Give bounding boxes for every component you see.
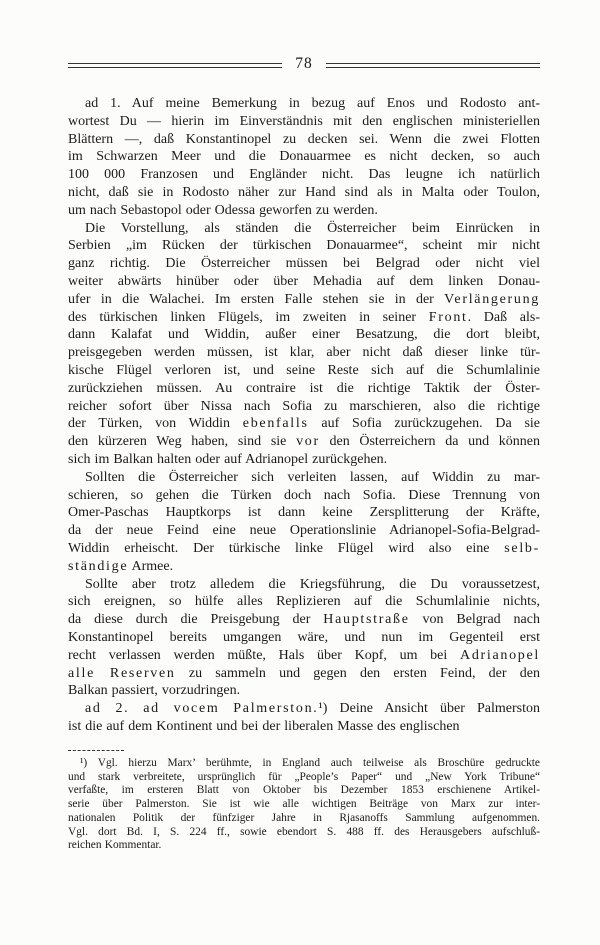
text-line: um nach Sebastopol oder Odessa geworfen … bbox=[68, 202, 540, 220]
text-line: weiter abwärts hinüber oder über Mehadia… bbox=[68, 273, 540, 291]
paragraph: ad 1. Auf meine Bemerkung in bezug auf E… bbox=[68, 95, 540, 220]
text-line: und stark verbreitete, ursprünglich für … bbox=[68, 771, 540, 785]
header-rule-left bbox=[68, 63, 282, 68]
text-line: Serbien „im Rücken der türkischen Donaua… bbox=[68, 237, 540, 255]
text-line: ufer in die Walachei. Im ersten Falle st… bbox=[68, 291, 540, 309]
paragraph: Sollte aber trotz alledem die Kriegsführ… bbox=[68, 576, 540, 701]
footnote-text: ¹) Vgl. hierzu Marx’ berühmte, in Englan… bbox=[68, 757, 540, 853]
text-line: ad 2. ad vocem Palmerston.¹) Deine Ansic… bbox=[68, 700, 540, 718]
text-line: ständige Armee. bbox=[68, 558, 540, 576]
page-number: 78 bbox=[282, 55, 326, 73]
text-line: 100 000 Franzosen und Engländer nicht. D… bbox=[68, 166, 540, 184]
text-line: des türkischen linken Flügels, im zweite… bbox=[68, 309, 540, 327]
text-line: verfaßte, im ersteren Blatt von Oktober … bbox=[68, 784, 540, 798]
text-line: sich ereignen, so hülfe alles Repliziere… bbox=[68, 593, 540, 611]
text-line: da der neue Feind eine neue Operationsli… bbox=[68, 522, 540, 540]
text-line: alle Reserven zu sammeln und gegen den e… bbox=[68, 665, 540, 683]
text-line: wortest Du — hierin im Einverständnis mi… bbox=[68, 113, 540, 131]
text-line: sich im Balkan halten oder auf Adrianope… bbox=[68, 451, 540, 469]
text-line: der Türken, von Widdin ebenfalls auf Sof… bbox=[68, 415, 540, 433]
book-page: 78 ad 1. Auf meine Bemerkung in bezug au… bbox=[0, 0, 600, 945]
text-line: recht verlassen werden müßte, Hals über … bbox=[68, 647, 540, 665]
text-line: Vgl. dort Bd. I, S. 224 ff., sowie ebend… bbox=[68, 826, 540, 840]
paragraph: ad 2. ad vocem Palmerston.¹) Deine Ansic… bbox=[68, 700, 540, 736]
text-line: im Schwarzen Meer und die Donauarmee es … bbox=[68, 148, 540, 166]
text-line: reichen Kommentar. bbox=[68, 839, 540, 853]
text-line: serie über Palmerston. Sie ist wie alle … bbox=[68, 798, 540, 812]
text-line: Widdin erheischt. Der türkische linke Fl… bbox=[68, 540, 540, 558]
text-line: ad 1. Auf meine Bemerkung in bezug auf E… bbox=[68, 95, 540, 113]
page-header: 78 bbox=[68, 56, 540, 74]
text-line: Sollte aber trotz alledem die Kriegsführ… bbox=[68, 576, 540, 594]
text-line: schieren, so gehen die Türken doch nach … bbox=[68, 487, 540, 505]
paragraph: Die Vorstellung, als ständen die Österre… bbox=[68, 220, 540, 469]
text-line: reicher sofort über Nissa nach Sofia zu … bbox=[68, 398, 540, 416]
text-line: Sollten die Österreicher sich verleiten … bbox=[68, 469, 540, 487]
text-line: ganz richtig. Die Österreicher müssen be… bbox=[68, 255, 540, 273]
text-line: preisgegeben werden müssen, ist klar, ab… bbox=[68, 344, 540, 362]
text-line: nicht, daß sie in Rodosto näher zur Hand… bbox=[68, 184, 540, 202]
paragraph: Sollten die Österreicher sich verleiten … bbox=[68, 469, 540, 576]
text-line: Blättern —, daß Konstantinopel zu decken… bbox=[68, 131, 540, 149]
footnote-separator bbox=[68, 750, 124, 751]
text-line: zurückziehen müssen. Au contraire ist di… bbox=[68, 380, 540, 398]
page-body: ad 1. Auf meine Bemerkung in bezug auf E… bbox=[68, 95, 540, 736]
text-line: nationalen Politik der fünfziger Jahre i… bbox=[68, 812, 540, 826]
text-line: Balkan passiert, vorzudringen. bbox=[68, 682, 540, 700]
text-line: Die Vorstellung, als ständen die Österre… bbox=[68, 220, 540, 238]
text-line: Konstantinopel bereits umgangen wäre, un… bbox=[68, 629, 540, 647]
text-line: kische Flügel verloren ist, und seine Re… bbox=[68, 362, 540, 380]
header-rule-right bbox=[326, 63, 540, 68]
text-line: ¹) Vgl. hierzu Marx’ berühmte, in Englan… bbox=[68, 757, 540, 771]
text-line: Omer-Paschas Hauptkorps ist dann keine Z… bbox=[68, 504, 540, 522]
text-line: da diese durch die Preisgebung der Haupt… bbox=[68, 611, 540, 629]
text-line: ist die auf dem Kontinent und bei der li… bbox=[68, 718, 540, 736]
text-line: den kürzeren Weg haben, sind sie vor den… bbox=[68, 433, 540, 451]
text-line: dann Kalafat und Widdin, außer einer Bes… bbox=[68, 326, 540, 344]
